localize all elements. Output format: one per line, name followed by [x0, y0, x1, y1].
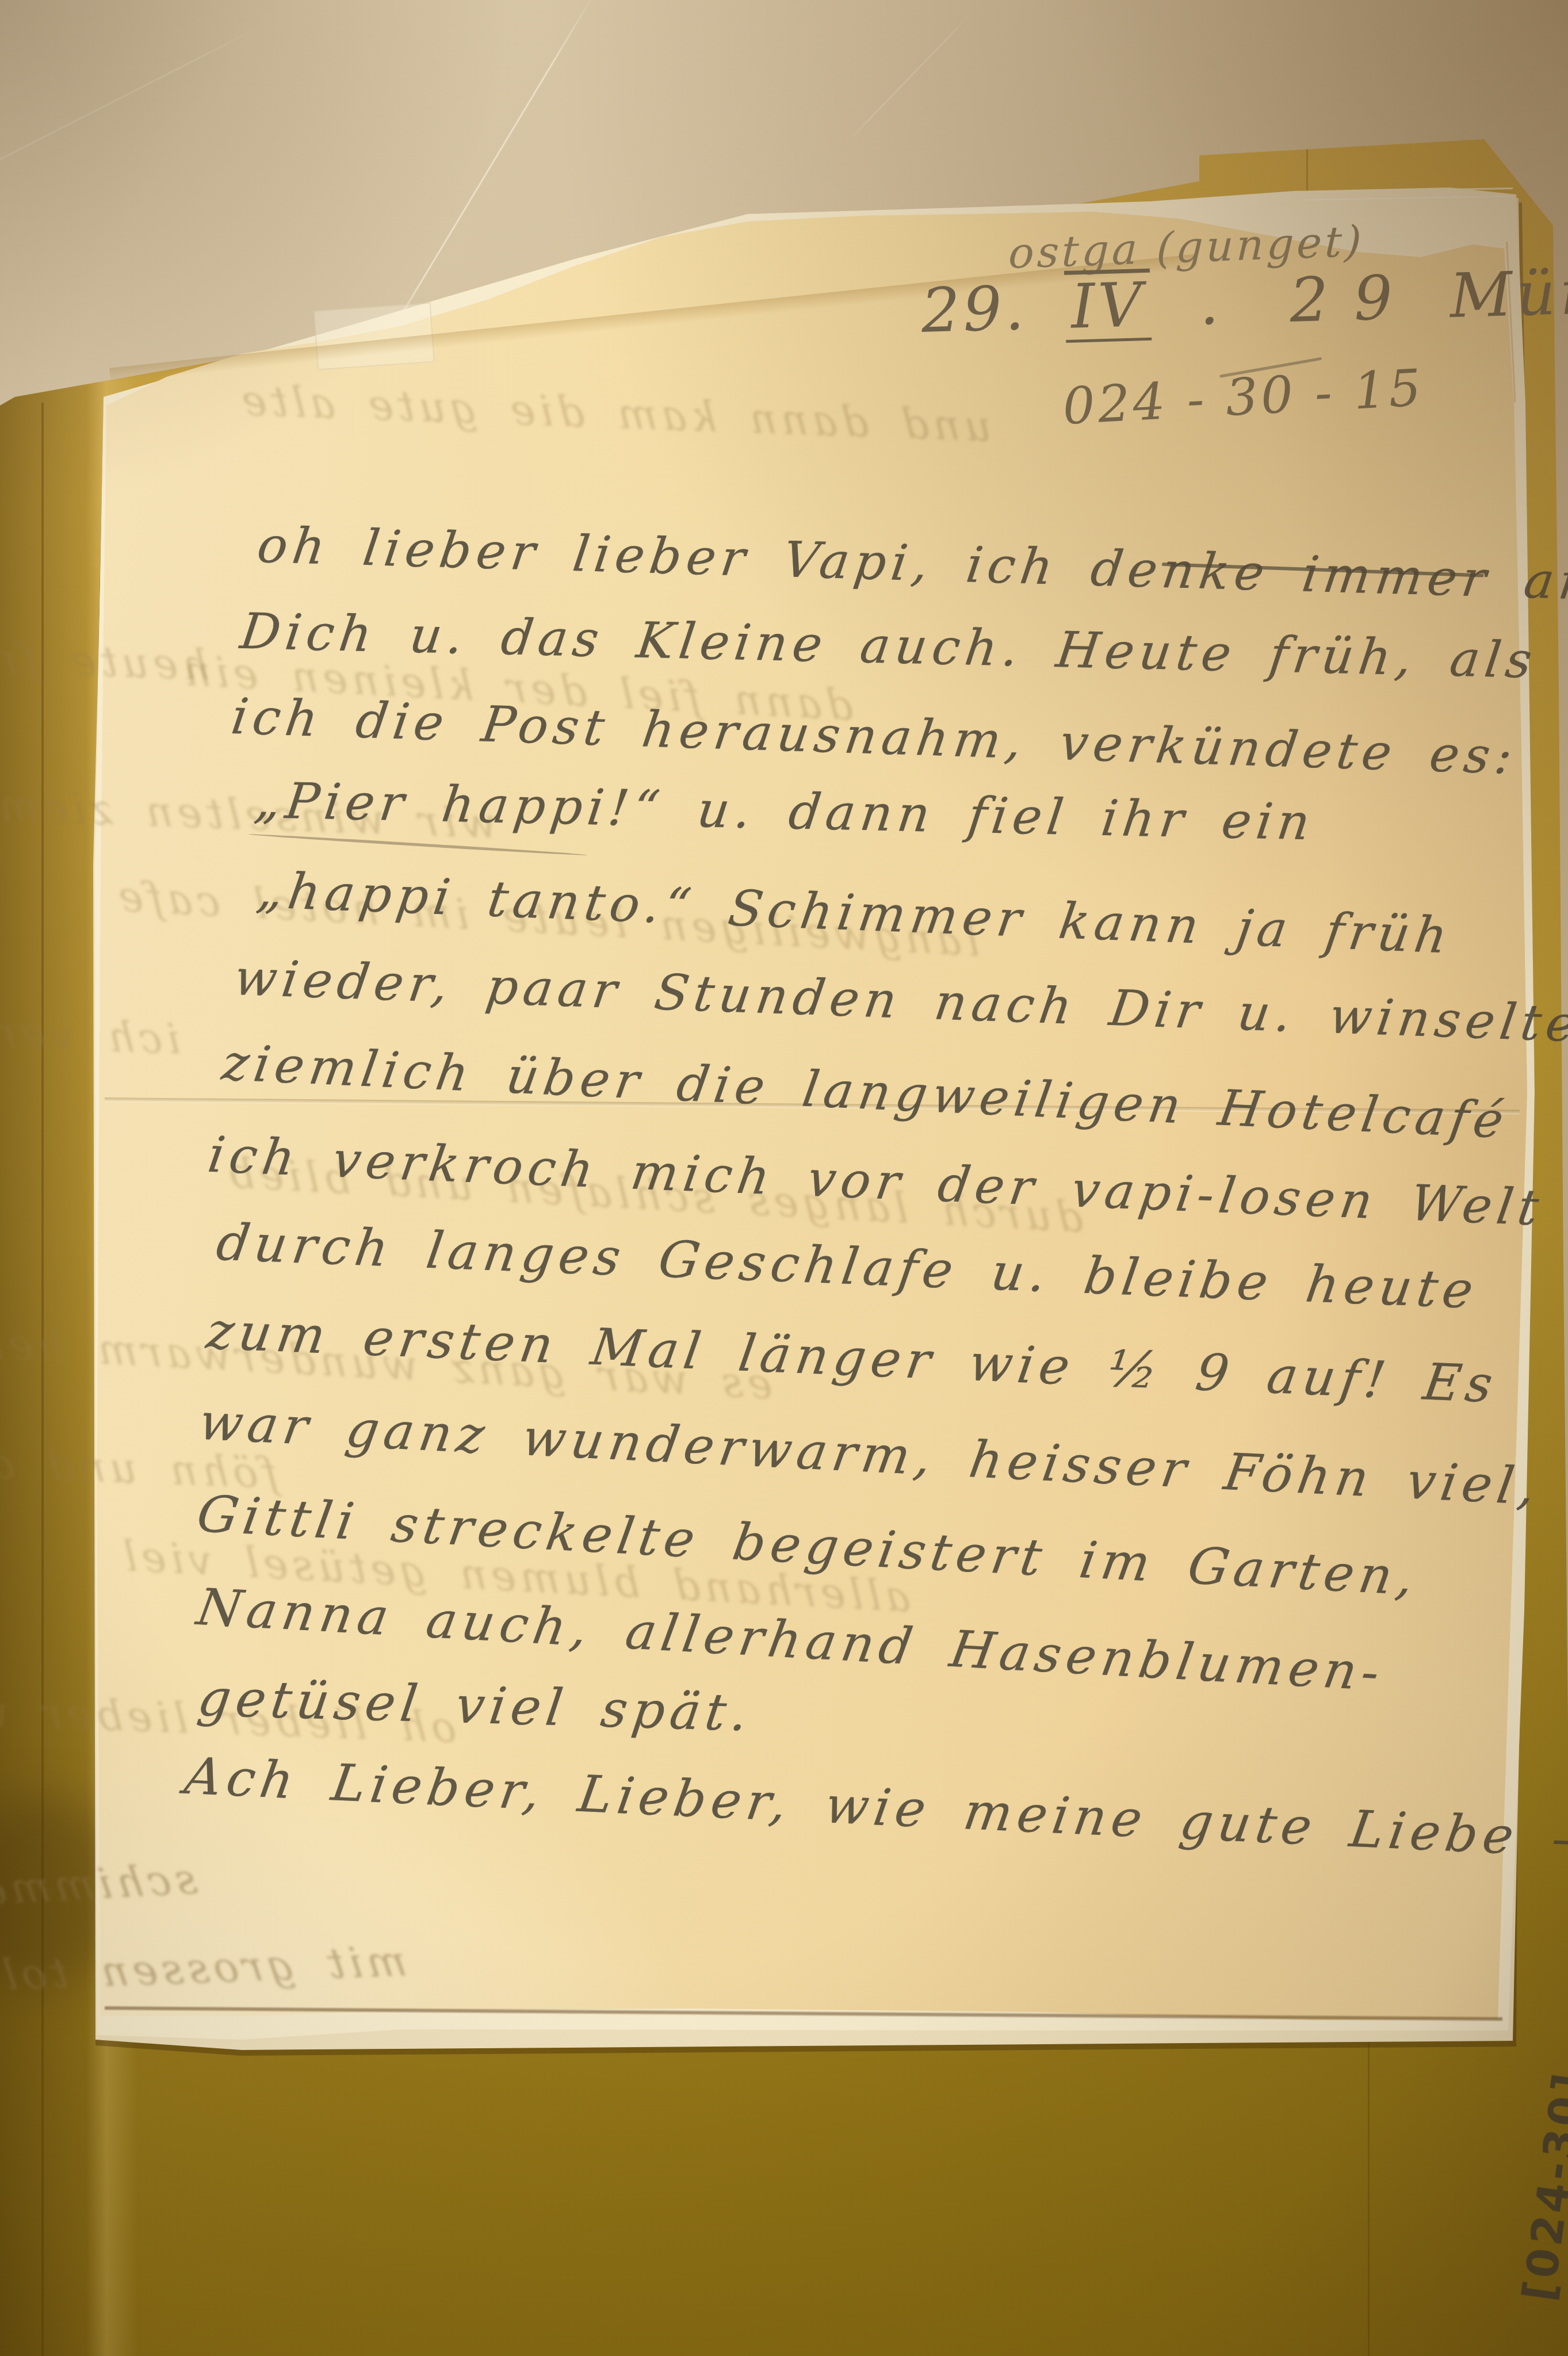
date-day: 29. — [920, 273, 1028, 346]
date-place: München — [1449, 252, 1568, 331]
date-year: 2 9 — [1289, 262, 1397, 336]
tape-fragment — [313, 303, 435, 370]
photo-of-letter: [024-30] und dann kam die gute alte heut… — [0, 0, 1568, 2356]
scratch-line — [0, 23, 266, 236]
folder-crease-bottom — [1368, 2025, 1370, 2356]
scratch-line — [844, 12, 973, 145]
date-separator: . — [1198, 267, 1222, 338]
folder-crease-left — [41, 403, 44, 2356]
date-month-roman: IV — [1064, 269, 1152, 343]
